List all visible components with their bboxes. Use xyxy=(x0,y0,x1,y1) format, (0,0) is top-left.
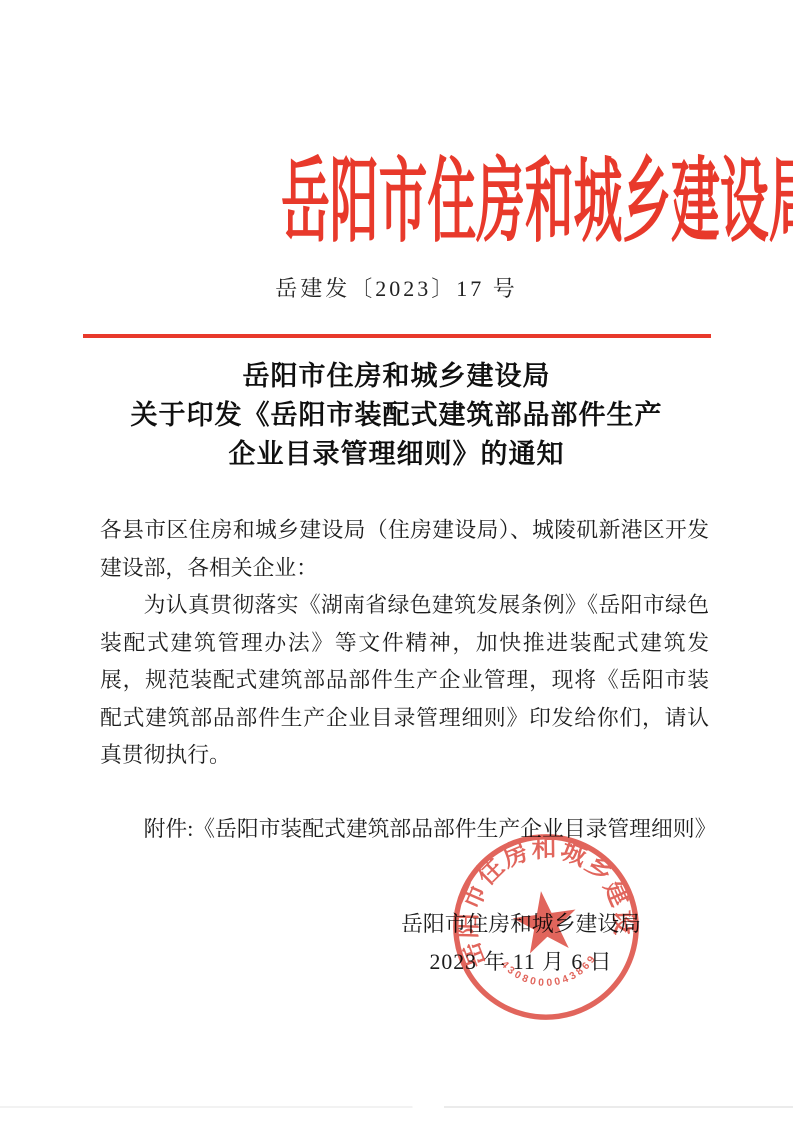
document-title-line-2: 关于印发《岳阳市装配式建筑部品部件生产 xyxy=(0,396,793,435)
document-title-line-3: 企业目录管理细则》的通知 xyxy=(0,435,793,474)
document-body: 各县市区住房和城乡建设局（住房建设局）、城陵矶新港区开发建设部，各相关企业： 为… xyxy=(100,512,709,775)
signature-date: 2023 年 11 月 6 日 xyxy=(394,944,648,982)
signature-block: 岳阳市住房和城乡建设局 2023 年 11 月 6 日 xyxy=(394,906,648,981)
scan-edge-artifact xyxy=(0,1106,793,1108)
document-number: 岳建发〔2023〕17 号 xyxy=(0,272,793,303)
issuing-org-title: 岳阳市住房和城乡建设局文件 xyxy=(281,152,793,253)
main-paragraph: 为认真贯彻落实《湖南省绿色建筑发展条例》《岳阳市绿色装配式建筑管理办法》等文件精… xyxy=(100,587,709,775)
document-title: 岳阳市住房和城乡建设局 关于印发《岳阳市装配式建筑部品部件生产 企业目录管理细则… xyxy=(0,357,793,474)
signature-org-name: 岳阳市住房和城乡建设局 xyxy=(394,906,648,944)
red-header-banner: 岳阳市住房和城乡建设局文件 xyxy=(0,152,793,253)
official-document-page: 岳阳市住房和城乡建设局文件 岳建发〔2023〕17 号 岳阳市住房和城乡建设局 … xyxy=(0,0,793,1122)
red-divider-rule xyxy=(83,334,711,338)
attachment-reference: 附件:《岳阳市装配式建筑部品部件生产企业目录管理细则》 xyxy=(100,814,740,844)
recipients-paragraph: 各县市区住房和城乡建设局（住房建设局）、城陵矶新港区开发建设部，各相关企业： xyxy=(100,512,709,587)
document-title-line-1: 岳阳市住房和城乡建设局 xyxy=(0,357,793,396)
